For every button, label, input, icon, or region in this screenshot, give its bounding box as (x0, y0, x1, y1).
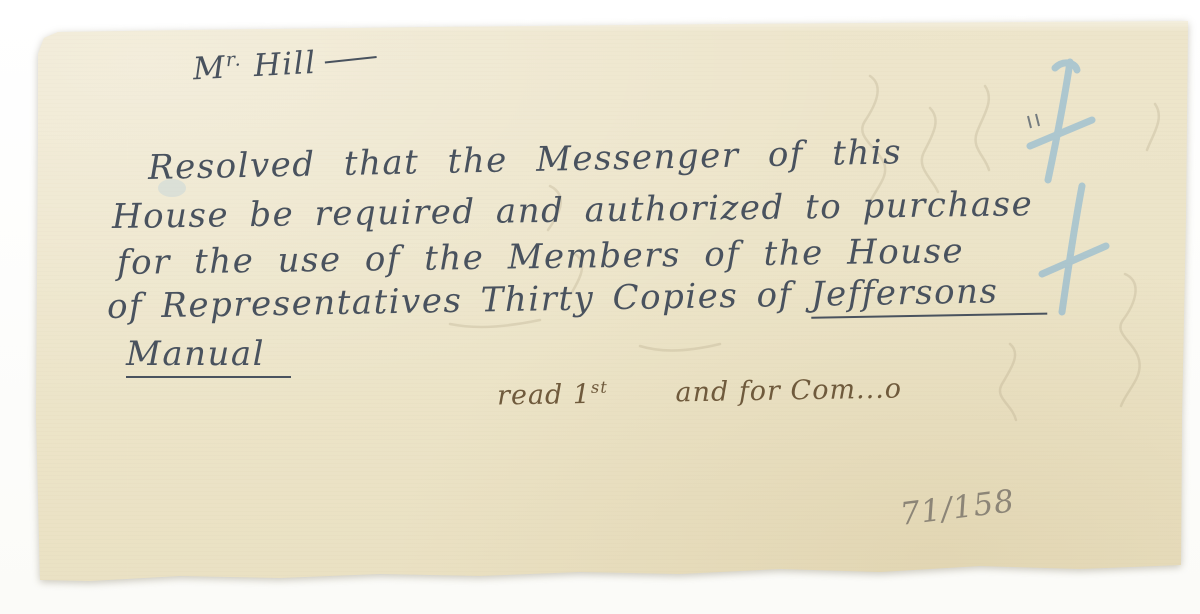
read-note-superscript: st (591, 378, 608, 397)
read-note: read 1st (497, 379, 608, 412)
underlined-word-jeffersons: Jeffersons (811, 271, 1047, 319)
salutation-prefix: M (192, 50, 227, 88)
salutation-name: Hill (253, 45, 318, 84)
committee-note: and for Com...o (675, 373, 902, 408)
manuscript-line-5: Manual (126, 334, 291, 374)
read-note-text: read 1 (497, 379, 592, 412)
scanned-document-photo: Mr. Hill Resolved that the Messenger of … (0, 0, 1200, 614)
underlined-word-manual: Manual (126, 334, 291, 378)
pen-flourish (324, 56, 376, 63)
salutation-superscript: r. (225, 47, 242, 71)
